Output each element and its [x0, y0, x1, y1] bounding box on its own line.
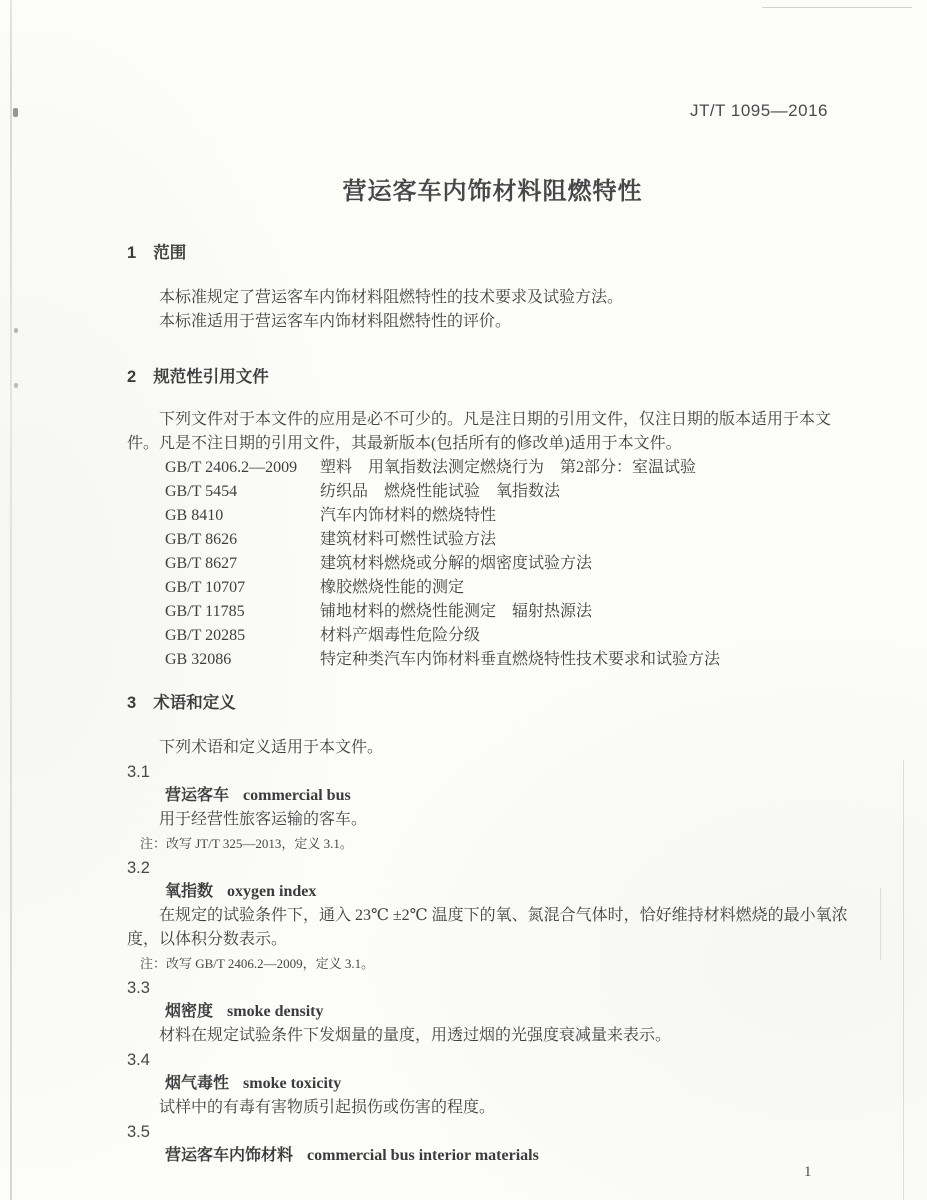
reference-code: GB/T 10707 [165, 576, 320, 600]
section-3-number: 3 [127, 691, 136, 715]
term-zh: 烟密度 [165, 1003, 213, 1020]
reference-row: GB/T 20285材料产烟毒性危险分级 [127, 624, 858, 648]
term-definition: 用于经营性旅客运输的客车。 [127, 808, 858, 832]
scan-edge-line-right [903, 760, 904, 1200]
section-3-heading: 3术语和定义 [127, 691, 858, 715]
term-en: commercial bus [243, 787, 351, 804]
term-number: 3.5 [127, 1120, 858, 1144]
section-1-body: 本标准规定了营运客车内饰材料阻燃特性的技术要求及试验方法。 本标准适用于营运客车… [127, 286, 858, 334]
term-block: 3.2 氧指数oxygen index 在规定的试验条件下，通入 23℃ ±2℃… [127, 856, 858, 976]
reference-row: GB 32086特定种类汽车内饰材料垂直燃烧特性技术要求和试验方法 [127, 648, 858, 672]
scanned-document-page: JT/T 1095—2016 营运客车内饰材料阻燃特性 1范围 本标准规定了营运… [0, 0, 927, 1200]
term-title: 营运客车内饰材料commercial bus interior material… [127, 1144, 858, 1168]
reference-code: GB 8410 [165, 504, 320, 528]
term-block: 3.5 营运客车内饰材料commercial bus interior mate… [127, 1120, 858, 1168]
term-zh: 营运客车 [165, 787, 229, 804]
term-number: 3.3 [127, 976, 858, 1000]
page-number: 1 [804, 1164, 812, 1181]
term-title: 烟气毒性smoke toxicity [127, 1072, 858, 1096]
scan-edge-line-top-right [762, 7, 912, 8]
section-1-heading-label: 范围 [153, 244, 186, 262]
reference-code: GB/T 8626 [165, 528, 320, 552]
reference-code: GB/T 2406.2—2009 [165, 456, 320, 480]
term-block: 3.1 营运客车commercial bus 用于经营性旅客运输的客车。 注：改… [127, 760, 858, 856]
section-2-heading-label: 规范性引用文件 [153, 368, 269, 386]
reference-row: GB/T 8626建筑材料可燃性试验方法 [127, 528, 858, 552]
section-2-body: 下列文件对于本文件的应用是必不可少的。凡是注日期的引用文件，仅注日期的版本适用于… [127, 408, 858, 672]
reference-code: GB/T 5454 [165, 480, 320, 504]
section-2-intro: 下列文件对于本文件的应用是必不可少的。凡是注日期的引用文件，仅注日期的版本适用于… [127, 408, 858, 456]
scan-speck [14, 328, 18, 333]
reference-title: 塑料 用氧指数法测定燃烧行为 第2部分：室温试验 [320, 459, 696, 476]
term-block: 3.3 烟密度smoke density 材料在规定试验条件下发烟量的量度，用透… [127, 976, 858, 1048]
reference-title: 特定种类汽车内饰材料垂直燃烧特性技术要求和试验方法 [320, 651, 720, 668]
term-title: 营运客车commercial bus [127, 784, 858, 808]
scan-speck [13, 108, 18, 117]
page-title: 营运客车内饰材料阻燃特性 [127, 171, 858, 206]
reference-row: GB/T 11785铺地材料的燃烧性能测定 辐射热源法 [127, 600, 858, 624]
term-title: 烟密度smoke density [127, 1000, 858, 1024]
term-definition: 在规定的试验条件下，通入 23℃ ±2℃ 温度下的氧、氮混合气体时，恰好维持材料… [127, 904, 858, 952]
reference-title: 纺织品 燃烧性能试验 氧指数法 [320, 483, 560, 500]
section-3-body: 下列术语和定义适用于本文件。 3.1 营运客车commercial bus 用于… [127, 736, 858, 1168]
term-number: 3.2 [127, 856, 858, 880]
reference-title: 建筑材料燃烧或分解的烟密度试验方法 [320, 555, 592, 572]
reference-title: 材料产烟毒性危险分级 [320, 627, 480, 644]
section-2-heading: 2规范性引用文件 [127, 365, 858, 389]
term-definition: 材料在规定试验条件下发烟量的量度，用透过烟的光强度衰减量来表示。 [127, 1024, 858, 1048]
term-definition: 试样中的有毒有害物质引起损伤或伤害的程度。 [127, 1096, 858, 1120]
term-en: oxygen index [227, 883, 316, 900]
term-zh: 烟气毒性 [165, 1075, 229, 1092]
section-1-number: 1 [127, 241, 136, 265]
scan-speck [14, 383, 18, 388]
reference-code: GB/T 8627 [165, 552, 320, 576]
section-1-paragraph: 本标准规定了营运客车内饰材料阻燃特性的技术要求及试验方法。 [127, 286, 858, 310]
term-note: 注：改写 JT/T 325—2013，定义 3.1。 [127, 832, 858, 856]
term-en: smoke toxicity [243, 1075, 341, 1092]
reference-code: GB 32086 [165, 648, 320, 672]
reference-row: GB 8410汽车内饰材料的燃烧特性 [127, 504, 858, 528]
term-number: 3.1 [127, 760, 858, 784]
term-en: commercial bus interior materials [307, 1147, 539, 1164]
section-2-number: 2 [127, 365, 136, 389]
section-3-heading-label: 术语和定义 [153, 694, 236, 712]
reference-row: GB/T 2406.2—2009塑料 用氧指数法测定燃烧行为 第2部分：室温试验 [127, 456, 858, 480]
term-note: 注：改写 GB/T 2406.2—2009，定义 3.1。 [127, 952, 858, 976]
reference-title: 建筑材料可燃性试验方法 [320, 531, 496, 548]
term-number: 3.4 [127, 1048, 858, 1072]
scan-edge-line-left [10, 0, 12, 1200]
section-1-heading: 1范围 [127, 241, 858, 265]
reference-code: GB/T 11785 [165, 600, 320, 624]
reference-row: GB/T 5454纺织品 燃烧性能试验 氧指数法 [127, 480, 858, 504]
term-title: 氧指数oxygen index [127, 880, 858, 904]
term-en: smoke density [227, 1003, 323, 1020]
reference-title: 汽车内饰材料的燃烧特性 [320, 507, 496, 524]
reference-row: GB/T 10707橡胶燃烧性能的测定 [127, 576, 858, 600]
reference-title: 铺地材料的燃烧性能测定 辐射热源法 [320, 603, 592, 620]
doc-number: JT/T 1095—2016 [690, 101, 828, 121]
term-zh: 氧指数 [165, 883, 213, 900]
reference-code: GB/T 20285 [165, 624, 320, 648]
term-zh: 营运客车内饰材料 [165, 1147, 293, 1164]
section-1-paragraph: 本标准适用于营运客车内饰材料阻燃特性的评价。 [127, 310, 858, 334]
scan-edge-line-right-short [880, 888, 881, 960]
term-block: 3.4 烟气毒性smoke toxicity 试样中的有毒有害物质引起损伤或伤害… [127, 1048, 858, 1120]
reference-row: GB/T 8627建筑材料燃烧或分解的烟密度试验方法 [127, 552, 858, 576]
section-3-intro: 下列术语和定义适用于本文件。 [127, 736, 858, 760]
reference-title: 橡胶燃烧性能的测定 [320, 579, 464, 596]
